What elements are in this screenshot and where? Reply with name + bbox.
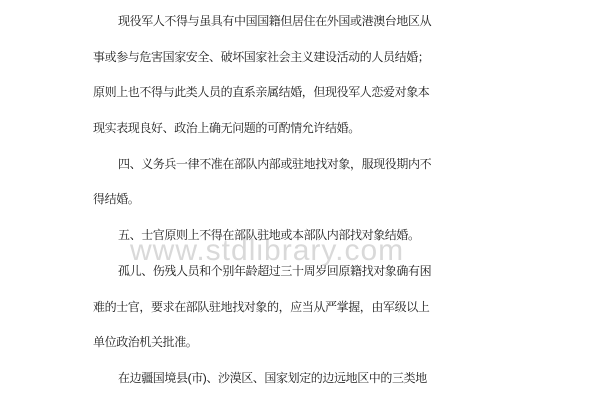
text-line-4: 现实表现良好、政治上确无问题的可酌情允许结婚。 (93, 111, 549, 147)
text-line-5: 四、义务兵一律不准在部队内部或驻地找对象，服现役期内不 (93, 147, 549, 183)
document-page: www.stdlibrary.com 现役军人不得与虽具有中国国籍但居住在外国或… (0, 0, 589, 393)
document-body: 现役军人不得与虽具有中国国籍但居住在外国或港澳台地区从事或参与危害国家安全、破坏… (93, 4, 549, 393)
text-line-1: 现役军人不得与虽具有中国国籍但居住在外国或港澳台地区从 (93, 4, 549, 40)
text-line-8: 孤儿、伤残人员和个别年龄超过三十周岁回原籍找对象确有困 (93, 254, 549, 290)
text-line-7: 五、士官原则上不得在部队驻地或本部队内部找对象结婚。 (93, 218, 549, 254)
text-line-3: 原则上也不得与此类人员的直系亲属结婚，但现役军人恋爱对象本 (93, 75, 549, 111)
text-line-2: 事或参与危害国家安全、破坏国家社会主义建设活动的人员结婚； (93, 40, 549, 76)
text-line-10: 单位政治机关批准。 (93, 325, 549, 361)
text-line-11: 在边疆国境县(市)、沙漠区、国家划定的边远地区中的三类地 (93, 361, 549, 393)
text-line-9: 难的士官，要求在部队驻地找对象的，应当从严掌握，由军级以上 (93, 290, 549, 326)
text-line-6: 得结婚。 (93, 182, 549, 218)
